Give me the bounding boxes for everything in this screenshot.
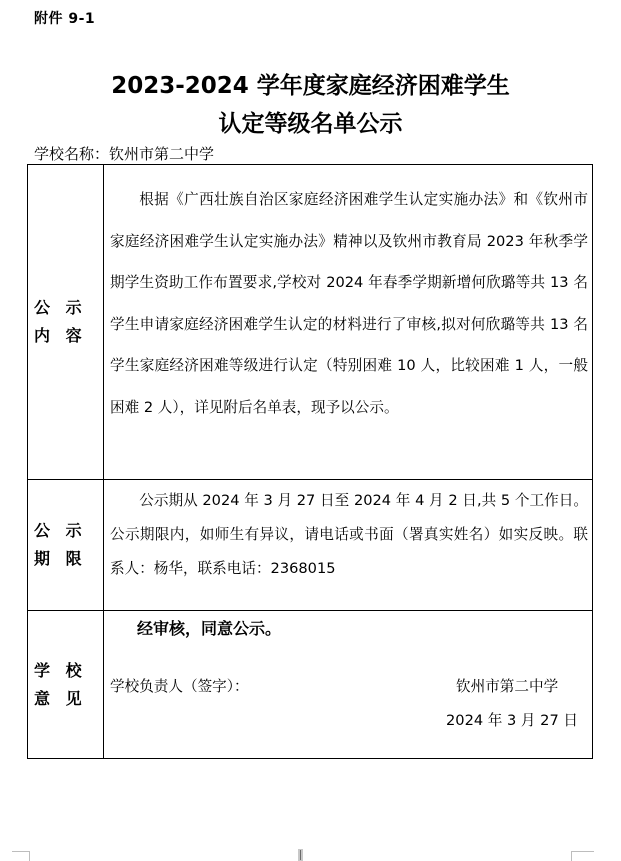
document-title-line2: 认定等级名单公示 — [0, 105, 621, 138]
announcement-period-cell: 公示期从 2024 年 3 月 27 日至 2024 年 4 月 2 日,共 5… — [104, 480, 593, 611]
school-signature: 钦州市第二中学 — [456, 675, 558, 696]
school-opinion-body: 经审核，同意公示。 学校负责人（签字）： 钦州市第二中学 2024 年 3 月 … — [104, 611, 592, 758]
table-row-opinion: 学 校 意 见 经审核，同意公示。 学校负责人（签字）： 钦州市第二中学 202… — [28, 611, 593, 759]
table-row-content: 公 示 内 容 根据《广西壮族自治区家庭经济困难学生认定实施办法》和《钦州市家庭… — [28, 165, 593, 480]
opinion-text: 经审核，同意公示。 — [137, 616, 281, 639]
signature-date: 2024 年 3 月 27 日 — [446, 709, 578, 730]
label-line: 期 限 — [34, 545, 103, 573]
label-line: 学 校 — [34, 657, 103, 685]
label-line: 公 示 — [34, 294, 103, 322]
signer-label: 学校负责人（签字）： — [110, 675, 249, 696]
announcement-content-cell: 根据《广西壮族自治区家庭经济困难学生认定实施办法》和《钦州市家庭经济困难学生认定… — [104, 165, 593, 480]
row-label-opinion: 学 校 意 见 — [28, 611, 104, 759]
school-opinion-cell: 经审核，同意公示。 学校负责人（签字）： 钦州市第二中学 2024 年 3 月 … — [104, 611, 593, 759]
document-title-line1: 2023-2024 学年度家庭经济困难学生 — [0, 67, 621, 100]
attachment-label: 附件 9-1 — [34, 8, 95, 28]
label-line: 意 见 — [34, 685, 103, 713]
page-corner-mark-left — [12, 851, 30, 861]
page-corner-mark-right — [571, 851, 594, 861]
announcement-table: 公 示 内 容 根据《广西壮族自治区家庭经济困难学生认定实施办法》和《钦州市家庭… — [27, 164, 593, 759]
row-label-content: 公 示 内 容 — [28, 165, 104, 480]
school-name: 学校名称：钦州市第二中学 — [34, 143, 214, 164]
text-caret-icon — [298, 849, 303, 861]
table-row-period: 公 示 期 限 公示期从 2024 年 3 月 27 日至 2024 年 4 月… — [28, 480, 593, 611]
label-line: 内 容 — [34, 322, 103, 350]
announcement-period-text: 公示期从 2024 年 3 月 27 日至 2024 年 4 月 2 日,共 5… — [104, 480, 592, 586]
announcement-content-text: 根据《广西壮族自治区家庭经济困难学生认定实施办法》和《钦州市家庭经济困难学生认定… — [104, 165, 592, 428]
label-line: 公 示 — [34, 517, 103, 545]
row-label-period: 公 示 期 限 — [28, 480, 104, 611]
